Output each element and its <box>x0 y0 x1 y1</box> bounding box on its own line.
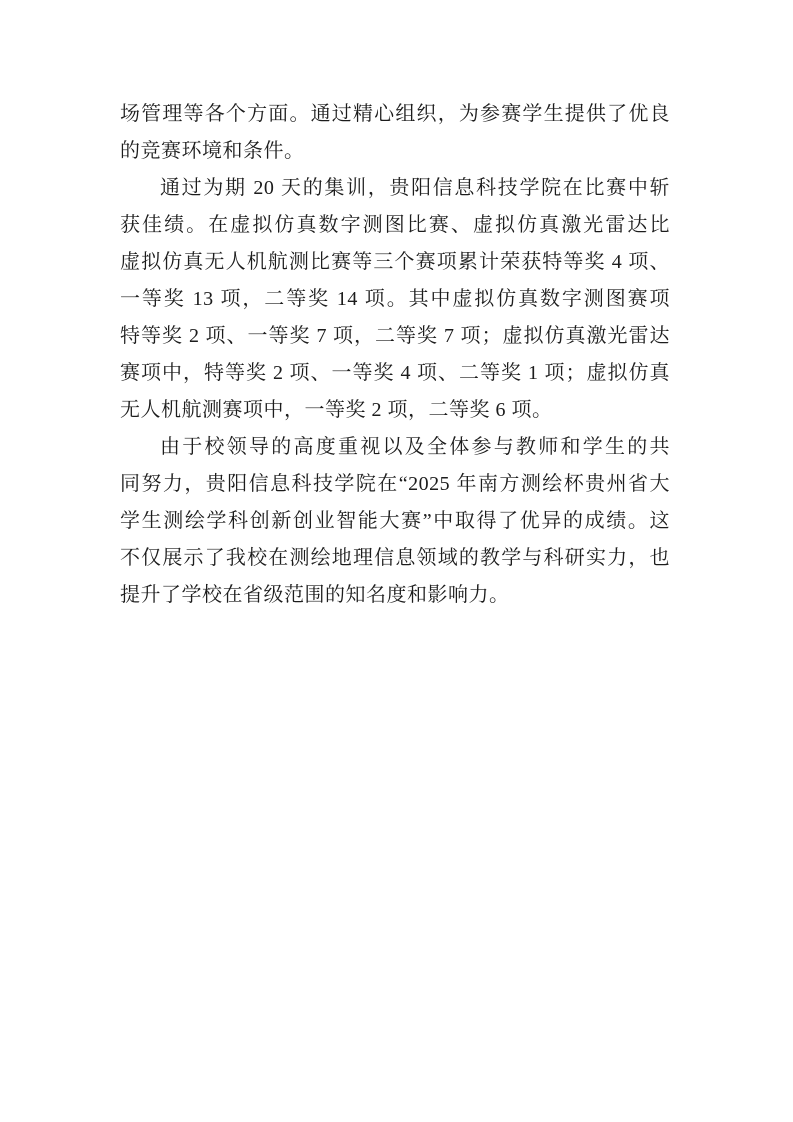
text-line: 同努力，贵阳信息科技学院在“2025 年南方测绘杯贵州省大 <box>120 466 670 503</box>
text-line: 学生测绘学科创新创业智能大赛”中取得了优异的成绩。这 <box>120 503 670 540</box>
text-line-paragraph-start: 由于校领导的高度重视以及全体参与教师和学生的共 <box>120 429 670 466</box>
document-text-body: 场管理等各个方面。通过精心组织，为参赛学生提供了优良 的竞赛环境和条件。 通过为… <box>120 96 670 614</box>
text-line: 场管理等各个方面。通过精心组织，为参赛学生提供了优良 <box>120 96 670 133</box>
text-line: 一等奖 13 项，二等奖 14 项。其中虚拟仿真数字测图赛项中， <box>120 281 670 318</box>
text-line: 不仅展示了我校在测绘地理信息领域的教学与科研实力，也 <box>120 540 670 577</box>
text-line-paragraph-end: 提升了学校在省级范围的知名度和影响力。 <box>120 577 670 614</box>
text-line: 获佳绩。在虚拟仿真数字测图比赛、虚拟仿真激光雷达比赛、 <box>120 207 670 244</box>
text-line-paragraph-end: 的竞赛环境和条件。 <box>120 133 670 170</box>
text-line-paragraph-start: 通过为期 20 天的集训，贵阳信息科技学院在比赛中斩 <box>120 170 670 207</box>
text-line: 赛项中，特等奖 2 项、一等奖 4 项、二等奖 1 项；虚拟仿真 <box>120 355 670 392</box>
text-line: 特等奖 2 项、一等奖 7 项，二等奖 7 项；虚拟仿真激光雷达 <box>120 318 670 355</box>
text-line: 虚拟仿真无人机航测比赛等三个赛项累计荣获特等奖 4 项、 <box>120 244 670 281</box>
text-line-paragraph-end: 无人机航测赛项中，一等奖 2 项，二等奖 6 项。 <box>120 392 670 429</box>
document-page: 场管理等各个方面。通过精心组织，为参赛学生提供了优良 的竞赛环境和条件。 通过为… <box>0 0 793 1122</box>
